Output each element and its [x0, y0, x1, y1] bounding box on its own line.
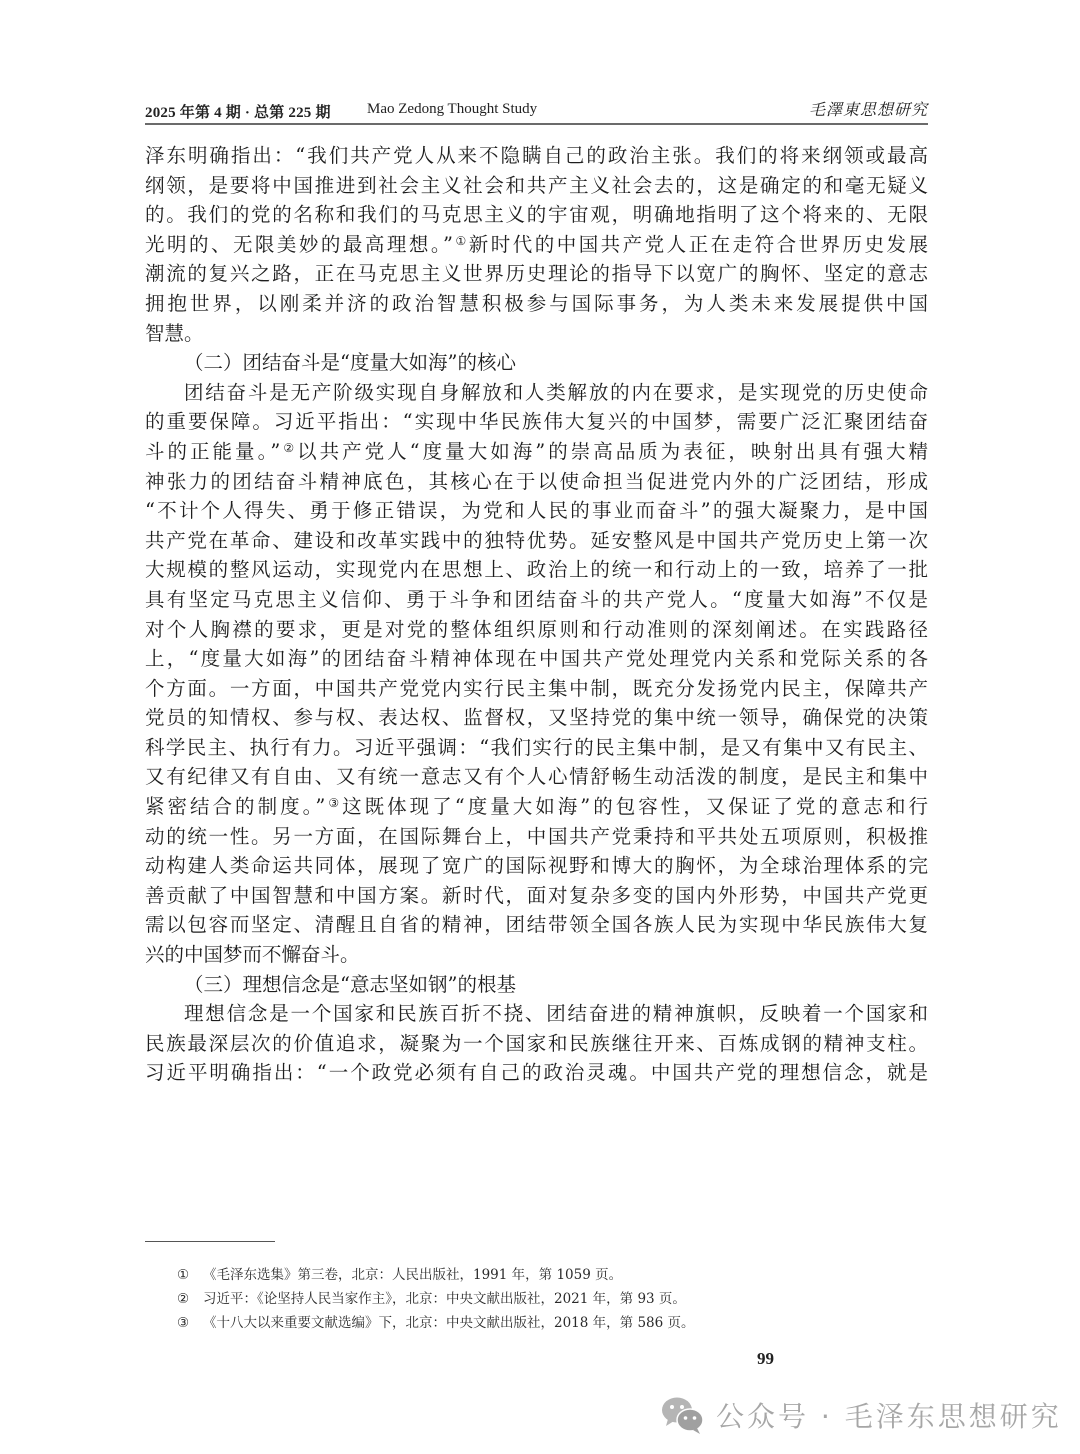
footnote-reference[interactable]: ①	[453, 234, 469, 248]
footnote-marker: ②	[177, 1287, 203, 1311]
watermark-text: 公众号 · 毛泽东思想研究	[716, 1395, 1062, 1435]
text-line: 个方面。一方面，中国共产党党内实行民主集中制，既充分发扬党内民主，保障共产	[145, 674, 928, 704]
footnote-text: 习近平：《论坚持人民当家作主》，北京：中央文献出版社，2021 年，第 93 页…	[203, 1291, 686, 1307]
text-line: 智慧。	[145, 319, 928, 349]
footnote-1: ①《毛泽东选集》第三卷，北京：人民出版社，1991 年，第 1059 页。	[177, 1263, 897, 1287]
text-line: 动构建人类命运共同体，展现了宽广的国际视野和博大的胸怀，为全球治理体系的完	[145, 851, 928, 881]
text-line: 具有坚定马克思主义信仰、勇于斗争和团结奋斗的共产党人。“度量大如海”不仅是	[145, 585, 928, 615]
body-text: 泽东明确指出：“我们共产党人从来不隐瞒自己的政治主张。我们的将来纲领或最高纲领，…	[145, 141, 928, 1088]
text-line: 光明的、无限美妙的最高理想。”①新时代的中国共产党人正在走符合世界历史发展	[145, 230, 928, 260]
text-line: 泽东明确指出：“我们共产党人从来不隐瞒自己的政治主张。我们的将来纲领或最高	[145, 141, 928, 171]
text-line: 民族最深层次的价值追求，凝聚为一个国家和民族继往开来、百炼成钢的精神支柱。	[145, 1029, 928, 1059]
text-line: 兴的中国梦而不懈奋斗。	[145, 940, 928, 970]
text-line: 团结奋斗是无产阶级实现自身解放和人类解放的内在要求，是实现党的历史使命	[145, 378, 928, 408]
text-line: 善贡献了中国智慧和中国方案。新时代，面对复杂多变的国内外形势，中国共产党更	[145, 881, 928, 911]
journal-english-title: Mao Zedong Thought Study	[367, 101, 537, 118]
text-line: 共产党在革命、建设和改革实践中的独特优势。延安整风是中国共产党历史上第一次	[145, 526, 928, 556]
running-header: 2025 年第 4 期 · 总第 225 期 Mao Zedong Though…	[145, 97, 928, 125]
text-line: 神张力的团结奋斗精神底色，其核心在于以使命担当促进党内外的广泛团结，形成	[145, 467, 928, 497]
text-line: 又有纪律又有自由、又有统一意志又有个人心情舒畅生动活泼的制度，是民主和集中	[145, 762, 928, 792]
footnote-divider	[145, 1241, 275, 1242]
wechat-icon	[660, 1395, 706, 1435]
text-line: “不计个人得失、勇于修正错误，为党和人民的事业而奋斗”的强大凝聚力，是中国	[145, 496, 928, 526]
text-line: 大规模的整风运动，实现党内在思想上、政治上的统一和行动上的一致，培养了一批	[145, 555, 928, 585]
footnote-reference[interactable]: ②	[280, 441, 297, 455]
section-heading: （二）团结奋斗是“度量大如海”的核心	[145, 348, 928, 378]
text-line: 对个人胸襟的要求，更是对党的整体组织原则和行动准则的深刻阐述。在实践路径	[145, 615, 928, 645]
footnote-reference[interactable]: ③	[325, 796, 342, 810]
text-line: 潮流的复兴之路，正在马克思主义世界历史理论的指导下以宽广的胸怀、坚定的意志	[145, 259, 928, 289]
text-line: 上，“度量大如海”的团结奋斗精神体现在中国共产党处理党内关系和党际关系的各	[145, 644, 928, 674]
text-line: 理想信念是一个国家和民族百折不挠、团结奋进的精神旗帜，反映着一个国家和	[145, 999, 928, 1029]
text-segment: 紧密结合的制度。”	[145, 795, 325, 818]
footnote-2: ②习近平：《论坚持人民当家作主》，北京：中央文献出版社，2021 年，第 93 …	[177, 1287, 897, 1311]
text-line: 纲领，是要将中国推进到社会主义社会和共产主义社会去的，这是确定的和毫无疑义	[145, 171, 928, 201]
text-line: 党员的知情权、参与权、表达权、监督权，又坚持党的集中统一领导，确保党的决策	[145, 703, 928, 733]
footnote-3: ③《十八大以来重要文献选编》下，北京：中央文献出版社，2018 年，第 586 …	[177, 1311, 897, 1335]
issue-label: 2025 年第 4 期 · 总第 225 期	[145, 101, 331, 122]
text-segment: 以共产党人“度量大如海”的崇高品质为表征，映射出具有强大精	[297, 440, 928, 463]
text-segment: 这既体现了“度量大如海”的包容性，又保证了党的意志和行	[342, 795, 928, 818]
footnotes: ①《毛泽东选集》第三卷，北京：人民出版社，1991 年，第 1059 页。 ②习…	[177, 1263, 897, 1335]
text-line: 习近平明确指出：“一个政党必须有自己的政治灵魂。中国共产党的理想信念，就是	[145, 1058, 928, 1088]
text-line: 科学民主、执行有力。习近平强调：“我们实行的民主集中制，是又有集中又有民主、	[145, 733, 928, 763]
journal-calligraphy-logo: 毛澤東思想研究	[809, 97, 928, 120]
text-segment: 斗的正能量。”	[145, 440, 280, 463]
page-number: 99	[757, 1349, 774, 1369]
text-line: 紧密结合的制度。”③这既体现了“度量大如海”的包容性，又保证了党的意志和行	[145, 792, 928, 822]
text-line: 动的统一性。另一方面，在国际舞台上，中国共产党秉持和平共处五项原则，积极推	[145, 822, 928, 852]
footnote-marker: ①	[177, 1263, 203, 1287]
section-heading: （三）理想信念是“意志坚如钢”的根基	[145, 970, 928, 1000]
text-segment: 新时代的中国共产党人正在走符合世界历史发展	[469, 233, 928, 256]
footnote-text: 《十八大以来重要文献选编》下，北京：中央文献出版社，2018 年，第 586 页…	[203, 1315, 695, 1331]
text-line: 拥抱世界，以刚柔并济的政治智慧积极参与国际事务，为人类未来发展提供中国	[145, 289, 928, 319]
footnote-marker: ③	[177, 1311, 203, 1335]
watermark: 公众号 · 毛泽东思想研究	[660, 1391, 1062, 1439]
text-line: 的重要保障。习近平指出：“实现中华民族伟大复兴的中国梦，需要广泛汇聚团结奋	[145, 407, 928, 437]
footnote-text: 《毛泽东选集》第三卷，北京：人民出版社，1991 年，第 1059 页。	[203, 1267, 622, 1283]
text-line: 的。我们的党的名称和我们的马克思主义的宇宙观，明确地指明了这个将来的、无限	[145, 200, 928, 230]
text-line: 需以包容而坚定、清醒且自省的精神，团结带领全国各族人民为实现中华民族伟大复	[145, 910, 928, 940]
text-line: 斗的正能量。”②以共产党人“度量大如海”的崇高品质为表征，映射出具有强大精	[145, 437, 928, 467]
text-segment: 光明的、无限美妙的最高理想。”	[145, 233, 453, 256]
